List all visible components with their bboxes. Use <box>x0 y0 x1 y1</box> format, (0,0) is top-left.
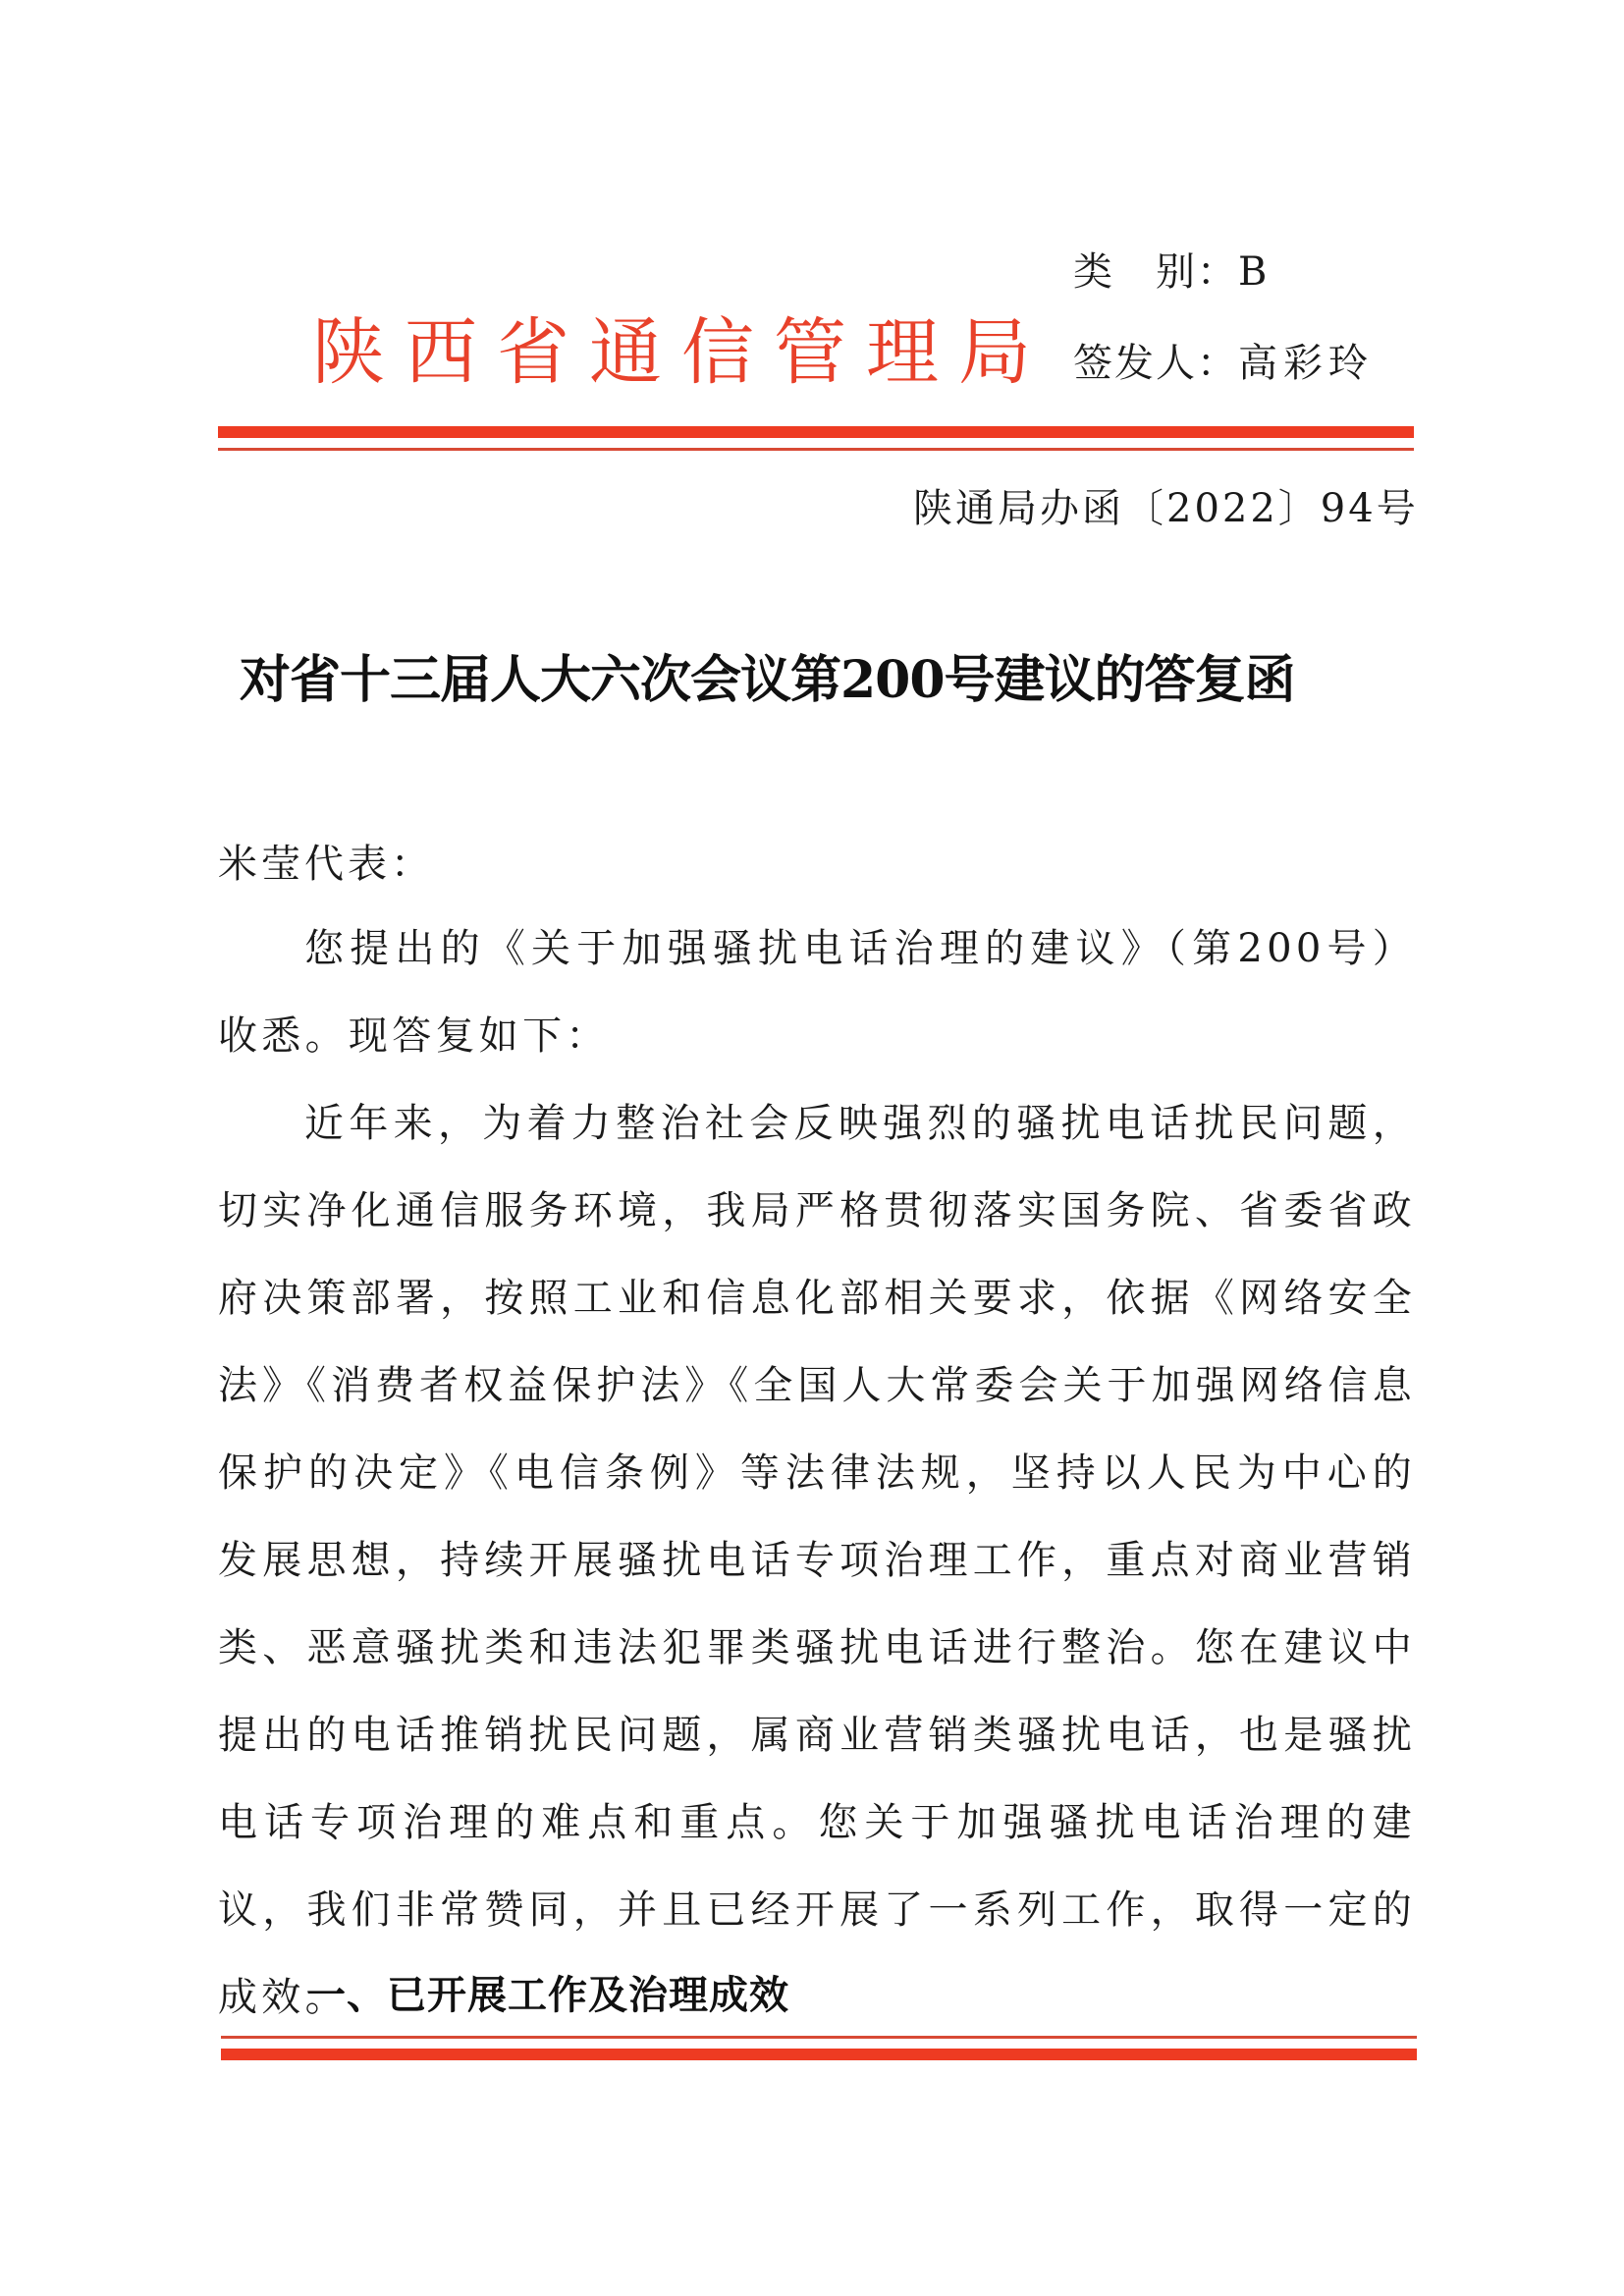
issuer-value: 高彩玲 <box>1238 341 1374 386</box>
document-number: 陕通局办函〔2022〕94号 <box>913 477 1419 533</box>
document-title: 对省十三届人大六次会议第200号建议的答复函 <box>240 638 1295 712</box>
header-rule-thin <box>218 448 1414 451</box>
letter-body: 您提出的《关于加强骚扰电话治理的建议》（第200号）收悉。现答复如下： 近年来，… <box>218 905 1416 2042</box>
issuer-label: 签发人： <box>1073 332 1238 388</box>
paragraph: 您提出的《关于加强骚扰电话治理的建议》（第200号）收悉。现答复如下： <box>218 905 1416 1080</box>
paragraph: 近年来，为着力整治社会反映强烈的骚扰电话扰民问题，切实净化通信服务环境，我局严格… <box>218 1080 1416 2042</box>
section-heading: 一、已开展工作及治理成效 <box>306 1964 789 2020</box>
salutation: 米莹代表： <box>218 833 434 889</box>
category-value: B <box>1238 249 1272 295</box>
issuer-row: 签发人：高彩玲 <box>1073 332 1374 388</box>
category-label: 类 别： <box>1073 241 1238 297</box>
organization-title: 陕西省通信管理局 <box>312 295 1051 399</box>
category-row: 类 别：B <box>1073 241 1272 297</box>
footer-rule-thin <box>221 2036 1417 2039</box>
header-rule-thick <box>218 426 1414 438</box>
footer-rule-thick <box>221 2049 1417 2060</box>
